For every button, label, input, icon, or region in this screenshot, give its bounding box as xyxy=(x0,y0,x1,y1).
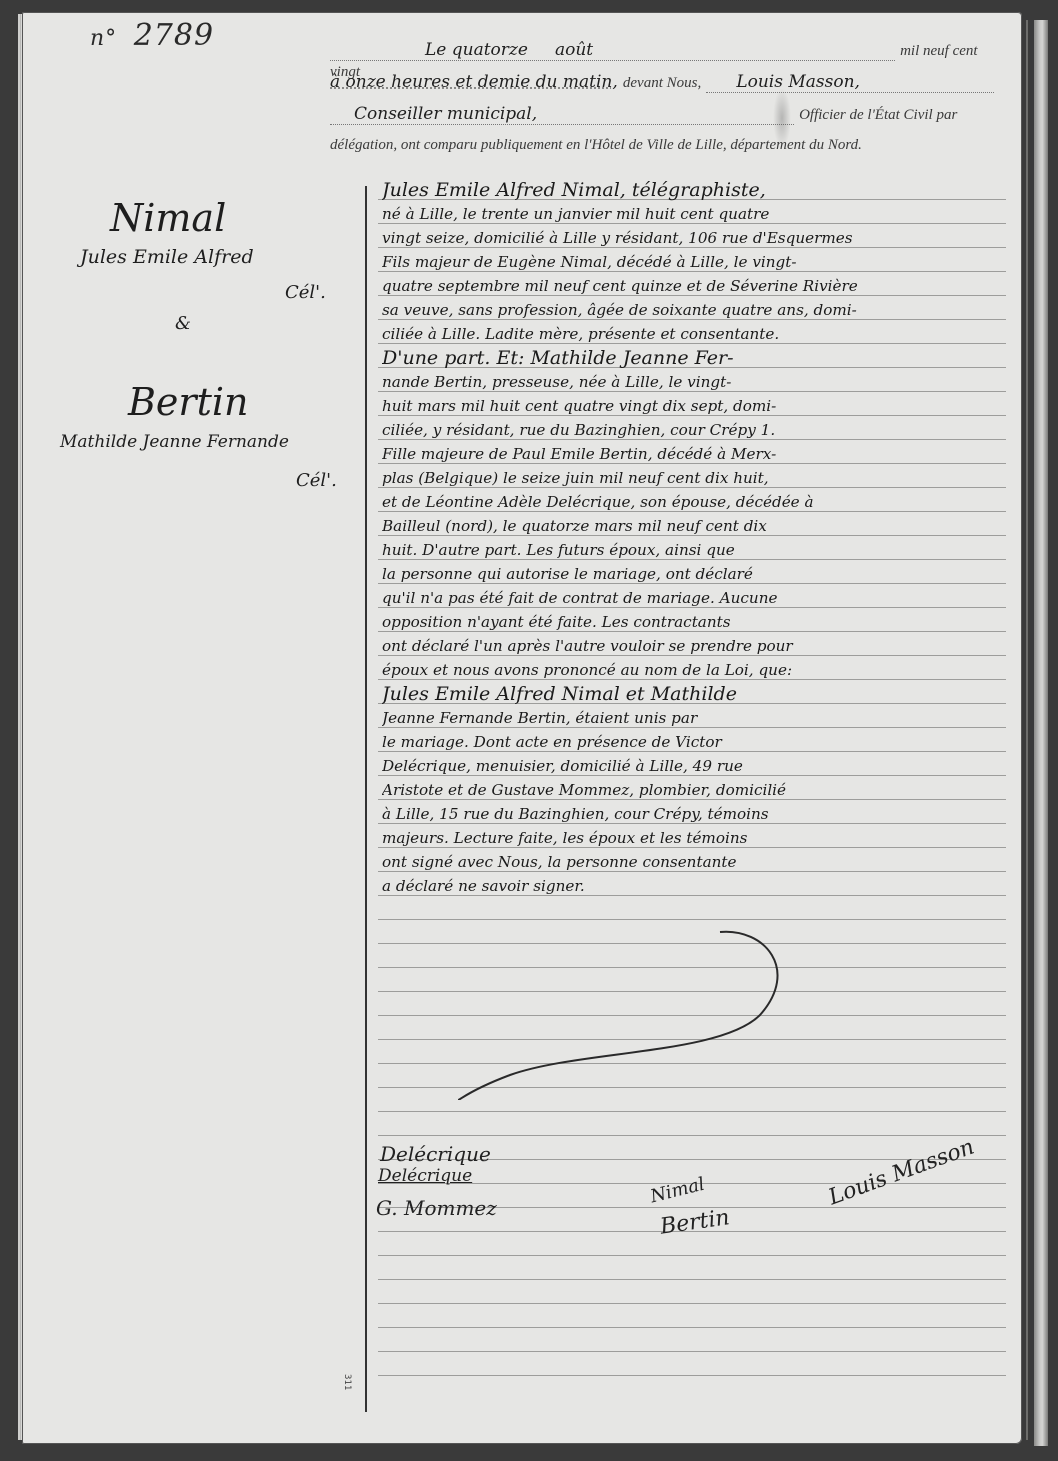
margin-groom-surname: Nimal xyxy=(60,196,360,240)
body-line: plas (Belgique) le seize juin mil neuf c… xyxy=(382,466,1004,490)
body-line: et de Léontine Adèle Delécrique, son épo… xyxy=(382,490,1004,514)
page-fold-line xyxy=(1026,20,1028,1440)
margin-bride-surname: Bertin xyxy=(60,380,360,424)
body-line: majeurs. Lecture faite, les époux et les… xyxy=(382,826,1004,850)
header-line-2: à onze heures et demie du matin, devant … xyxy=(330,72,1000,93)
margin-divider-line xyxy=(365,186,367,1412)
header-line-4: délégation, ont comparu publiquement en … xyxy=(330,134,1010,154)
book-binding-edge xyxy=(1034,20,1048,1446)
body-line: Delécrique, menuisier, domicilié à Lille… xyxy=(382,754,1004,778)
body-line: ont déclaré l'un après l'autre vouloir s… xyxy=(382,634,1004,658)
act-number-prefix: n° xyxy=(90,26,117,51)
header-officer-role: Conseiller municipal, xyxy=(330,104,794,125)
act-body-text: Jules Emile Alfred Nimal, télégraphiste,… xyxy=(382,178,1004,898)
margin-groom-status: Cél'. xyxy=(60,282,360,303)
header-day: Le quatorze xyxy=(425,40,528,60)
body-line: huit mars mil huit cent quatre vingt dix… xyxy=(382,394,1004,418)
header-time-hand: à onze heures et demie du matin, xyxy=(330,72,618,92)
body-line: opposition n'ayant été faite. Les contra… xyxy=(382,610,1004,634)
signature-groom: Nimal xyxy=(648,1174,707,1208)
header-line-3: Conseiller municipal, Officier de l'État… xyxy=(330,104,1000,125)
body-line: Jules Emile Alfred Nimal, télégraphiste, xyxy=(382,178,1004,202)
body-line: a déclaré ne savoir signer. xyxy=(382,874,1004,898)
body-line: vingt seize, domicilié à Lille y résidan… xyxy=(382,226,1004,250)
header-officer-title: Officier de l'État Civil par xyxy=(799,107,957,123)
body-line: nande Bertin, presseuse, née à Lille, le… xyxy=(382,370,1004,394)
body-line: D'une part. Et: Mathilde Jeanne Fer- xyxy=(382,346,1004,370)
act-number-value: 2789 xyxy=(134,18,214,53)
margin-groom: Nimal Jules Emile Alfred Cél'. & xyxy=(60,196,360,334)
signature-officer: Louis Masson xyxy=(825,1135,977,1211)
header-officer-name: Louis Masson, xyxy=(706,72,994,93)
margin-bride-status: Cél'. xyxy=(60,470,360,491)
body-line: à Lille, 15 rue du Bazinghien, cour Crép… xyxy=(382,802,1004,826)
body-line: Fille majeure de Paul Emile Bertin, décé… xyxy=(382,442,1004,466)
body-line: Aristote et de Gustave Mommez, plombier,… xyxy=(382,778,1004,802)
body-line: huit. D'autre part. Les futurs époux, ai… xyxy=(382,538,1004,562)
body-line: la personne qui autorise le mariage, ont… xyxy=(382,562,1004,586)
page-side-number: 311 xyxy=(342,1374,352,1390)
body-line: né à Lille, le trente un janvier mil hui… xyxy=(382,202,1004,226)
body-line: Bailleul (nord), le quatorze mars mil ne… xyxy=(382,514,1004,538)
body-line: sa veuve, sans profession, âgée de soixa… xyxy=(382,298,1004,322)
body-line: Fils majeur de Eugène Nimal, décédé à Li… xyxy=(382,250,1004,274)
header-month: août xyxy=(555,40,593,60)
signature-bride: Bertin xyxy=(659,1205,732,1239)
body-line: Jules Emile Alfred Nimal et Mathilde xyxy=(382,682,1004,706)
header-date-hand: Le quatorze août xyxy=(330,40,895,61)
margin-conjunction: & xyxy=(60,313,360,334)
margin-groom-given-names: Jules Emile Alfred xyxy=(60,246,360,268)
signature-witness-1b: Delécrique xyxy=(378,1166,472,1186)
body-line: époux et nous avons prononcé au nom de l… xyxy=(382,658,1004,682)
ink-stamp-mark xyxy=(773,88,791,148)
act-number: n° 2789 xyxy=(90,18,214,53)
signature-witness-2: G. Mommez xyxy=(376,1196,497,1220)
body-line: ciliée, y résidant, rue du Bazinghien, c… xyxy=(382,418,1004,442)
closing-flourish xyxy=(420,930,900,1100)
margin-bride: Bertin Mathilde Jeanne Fernande Cél'. xyxy=(60,380,360,491)
body-line: ciliée à Lille. Ladite mère, présente et… xyxy=(382,322,1004,346)
signature-witness-1: Delécrique xyxy=(380,1142,491,1166)
signatures-area: Delécrique Delécrique G. Mommez Nimal Be… xyxy=(370,1130,1010,1250)
body-line: Jeanne Fernande Bertin, étaient unis par xyxy=(382,706,1004,730)
margin-bride-given-names: Mathilde Jeanne Fernande xyxy=(60,432,360,452)
header-devant-nous: devant Nous, xyxy=(623,75,701,91)
body-line: ont signé avec Nous, la personne consent… xyxy=(382,850,1004,874)
body-line: quatre septembre mil neuf cent quinze et… xyxy=(382,274,1004,298)
body-line: le mariage. Dont acte en présence de Vic… xyxy=(382,730,1004,754)
body-line: qu'il n'a pas été fait de contrat de mar… xyxy=(382,586,1004,610)
